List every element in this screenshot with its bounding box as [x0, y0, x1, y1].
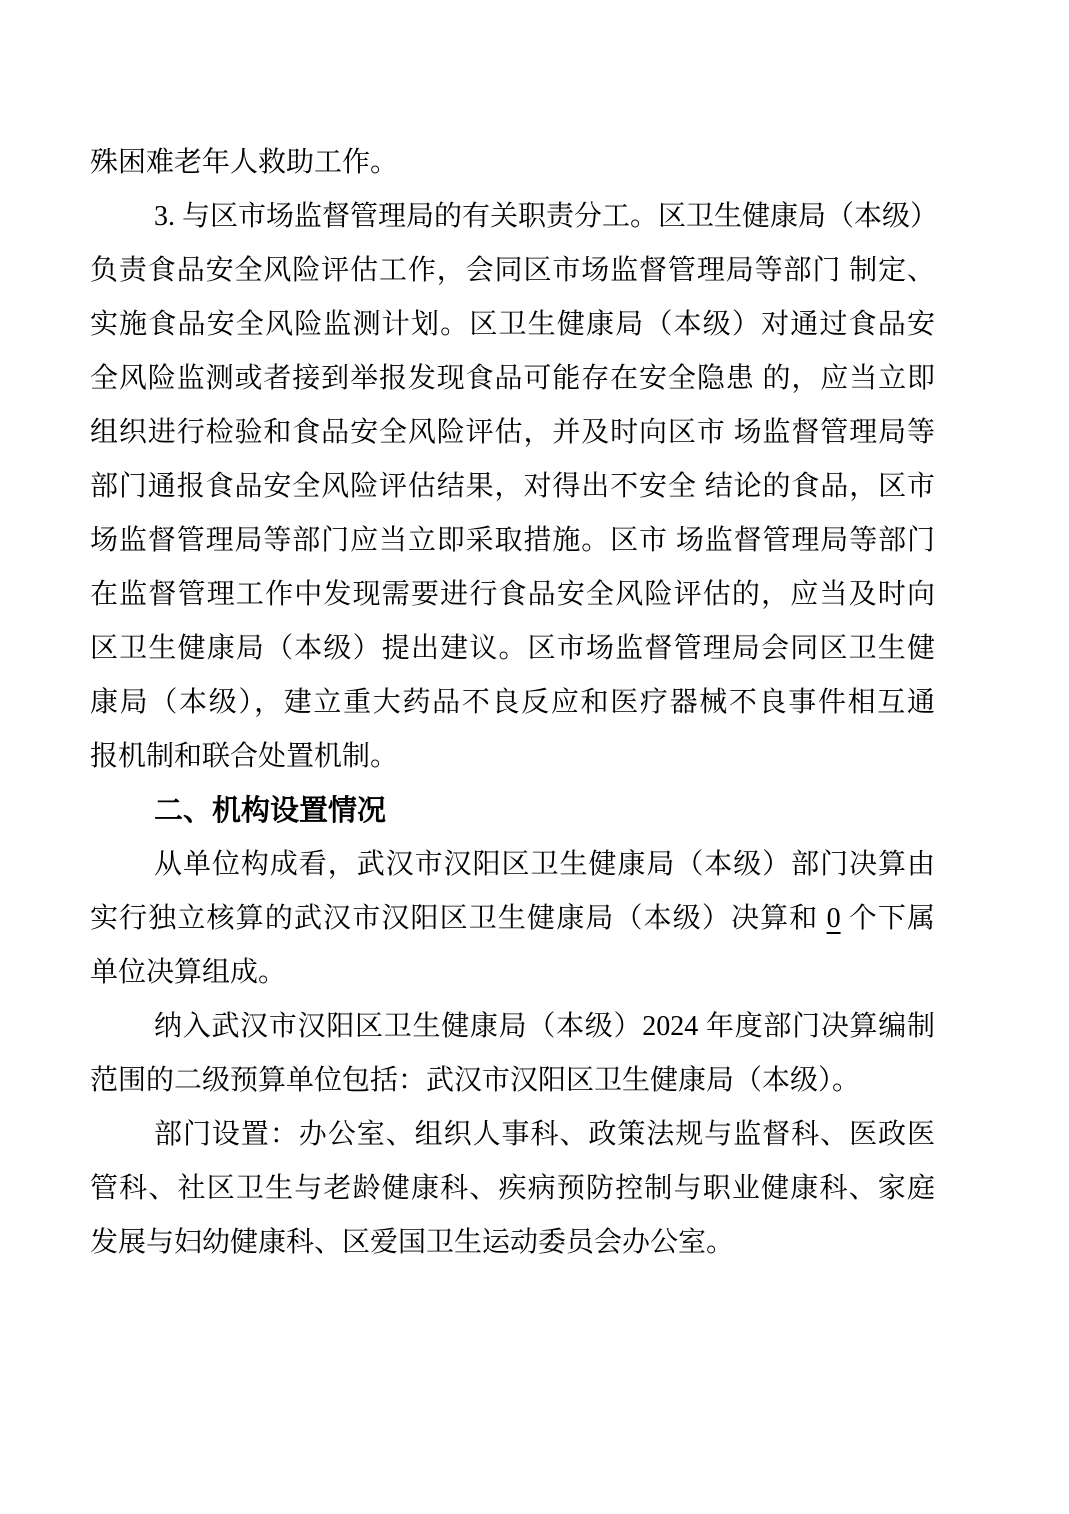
section-heading: 二、机构设置情况 — [90, 784, 935, 838]
paragraph-line: 场监督管理局等部门应当立即采取措施。区市 场监督管理局等部门 — [90, 514, 935, 568]
paragraph-line: 3. 与区市场监督管理局的有关职责分工。区卫生健康局（本级） — [90, 190, 935, 244]
paragraph-text-segment: 个下属 — [841, 903, 935, 934]
paragraph-line: 负责食品安全风险评估工作，会同区市场监督管理局等部门 制定、 — [90, 244, 935, 298]
paragraph-line: 康局（本级），建立重大药品不良反应和医疗器械不良事件相互通 — [90, 676, 935, 730]
paragraph-line: 实施食品安全风险监测计划。区卫生健康局（本级）对通过食品安 — [90, 298, 935, 352]
paragraph-line: 全风险监测或者接到举报发现食品可能存在安全隐患 的，应当立即 — [90, 352, 935, 406]
subordinate-unit-count: 0 — [827, 903, 841, 934]
paragraph-line: 实行独立核算的武汉市汉阳区卫生健康局（本级）决算和 0 个下属 — [90, 892, 935, 946]
paragraph-line: 范围的二级预算单位包括：武汉市汉阳区卫生健康局（本级）。 — [90, 1054, 935, 1108]
paragraph-line: 部门通报食品安全风险评估结果，对得出不安全 结论的食品，区市 — [90, 460, 935, 514]
document-page: 殊困难老年人救助工作。 3. 与区市场监督管理局的有关职责分工。区卫生健康局（本… — [0, 0, 1069, 1514]
paragraph-line: 组织进行检验和食品安全风险评估，并及时向区市 场监督管理局等 — [90, 406, 935, 460]
paragraph-line: 殊困难老年人救助工作。 — [90, 136, 935, 190]
paragraph-line: 纳入武汉市汉阳区卫生健康局（本级）2024 年度部门决算编制 — [90, 1000, 935, 1054]
paragraph-text-segment: 实行独立核算的武汉市汉阳区卫生健康局（本级）决算和 — [90, 903, 827, 934]
paragraph-line: 发展与妇幼健康科、区爱国卫生运动委员会办公室。 — [90, 1216, 935, 1270]
paragraph-line: 单位决算组成。 — [90, 946, 935, 1000]
paragraph-line: 区卫生健康局（本级）提出建议。区市场监督管理局会同区卫生健 — [90, 622, 935, 676]
paragraph-line: 从单位构成看，武汉市汉阳区卫生健康局（本级）部门决算由 — [90, 838, 935, 892]
paragraph-line: 部门设置：办公室、组织人事科、政策法规与监督科、医政医 — [90, 1108, 935, 1162]
paragraph-line: 管科、社区卫生与老龄健康科、疾病预防控制与职业健康科、家庭 — [90, 1162, 935, 1216]
paragraph-line: 在监督管理工作中发现需要进行食品安全风险评估的，应当及时向 — [90, 568, 935, 622]
paragraph-line: 报机制和联合处置机制。 — [90, 730, 935, 784]
document-text-block: 殊困难老年人救助工作。 3. 与区市场监督管理局的有关职责分工。区卫生健康局（本… — [90, 136, 935, 1270]
